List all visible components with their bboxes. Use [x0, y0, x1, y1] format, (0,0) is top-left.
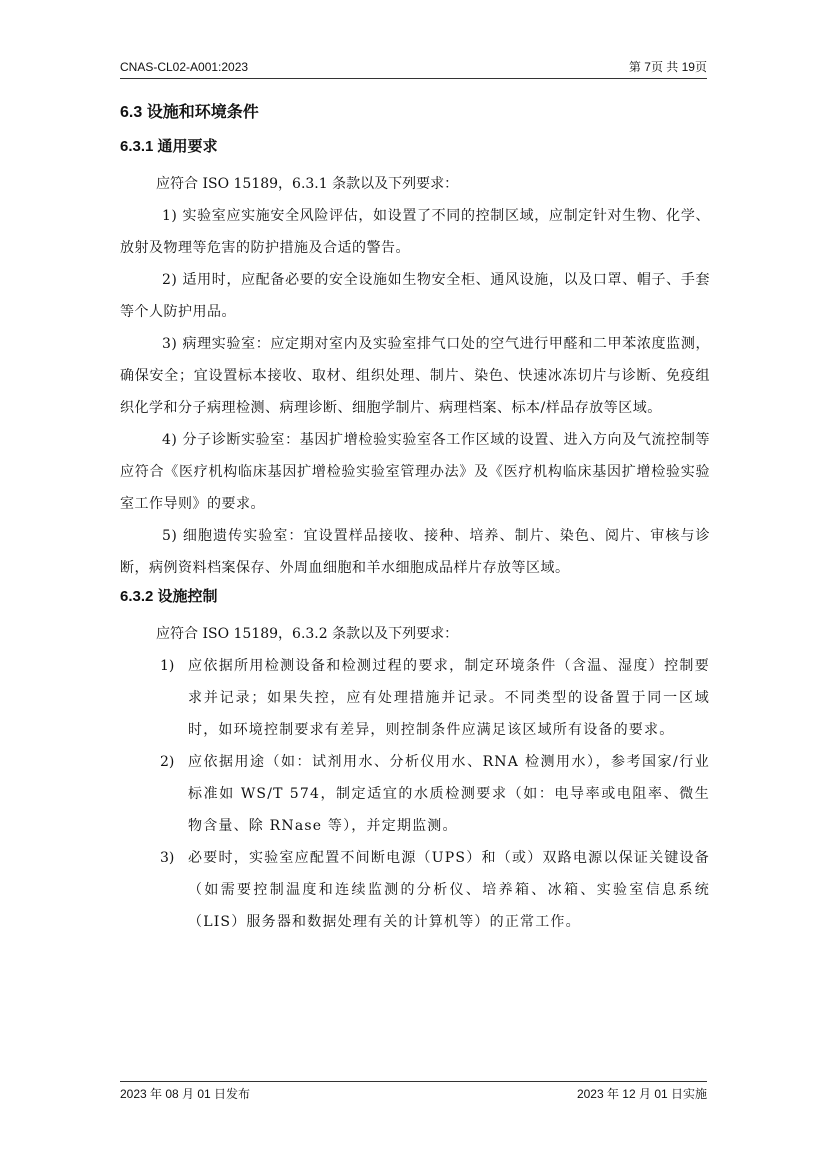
page-current: 7 — [644, 60, 651, 74]
list-item-number: 3) — [160, 842, 174, 874]
section-heading: 6.3 设施和环境条件 — [120, 102, 710, 136]
requirement-item: 4) 分子诊断实验室：基因扩增检验实验室各工作区域的设置、进入方向及气流控制等应… — [120, 424, 710, 520]
requirement-item: 2) 适用时，应配备必要的安全设施如生物安全柜、通风设施，以及口罩、帽子、手套等… — [120, 264, 710, 328]
list-item-text: 应依据所用检测设备和检测过程的要求，制定环境条件（含温、湿度）控制要求并记录；如… — [188, 650, 710, 746]
list-item-number: 2) — [160, 746, 174, 778]
subsection-intro: 应符合 ISO 15189，6.3.1 条款以及下列要求： — [120, 168, 710, 200]
requirement-item: 5) 细胞遗传实验室：宜设置样品接收、接种、培养、制片、染色、阅片、审核与诊断，… — [120, 520, 710, 584]
subsection-general-requirements: 6.3.1 通用要求 应符合 ISO 15189，6.3.1 条款以及下列要求：… — [120, 136, 710, 584]
subsection-heading: 6.3.1 通用要求 — [120, 136, 710, 168]
page-suffix: 页 — [695, 60, 707, 74]
page-mid: 页 共 — [651, 60, 678, 74]
requirement-item: 1) 实验室应实施安全风险评估，如设置了不同的控制区域，应制定针对生物、化学、放… — [120, 200, 710, 264]
list-item: 3) 必要时，实验室应配置不间断电源（UPS）和（或）双路电源以保证关键设备（如… — [120, 842, 710, 938]
page-number: 第 7页 共 19页 — [629, 58, 707, 76]
subsection-facility-control: 6.3.2 设施控制 应符合 ISO 15189，6.3.2 条款以及下列要求：… — [120, 586, 710, 938]
page-header: CNAS-CL02-A001:2023 第 7页 共 19页 — [120, 58, 707, 79]
page-prefix: 第 — [629, 60, 641, 74]
list-item-number: 1) — [160, 650, 174, 682]
effective-date: 2023 年 12 月 01 日实施 — [577, 1083, 707, 1105]
requirement-item: 3) 病理实验室：应定期对室内及实验室排气口处的空气进行甲醛和二甲苯浓度监测，确… — [120, 328, 710, 424]
list-item-text: 应依据用途（如：试剂用水、分析仪用水、RNA 检测用水），参考国家/行业标准如 … — [188, 746, 710, 842]
document-code: CNAS-CL02-A001:2023 — [120, 58, 248, 76]
document-body: 6.3 设施和环境条件 6.3.1 通用要求 应符合 ISO 15189，6.3… — [120, 102, 710, 938]
page-footer: 2023 年 08 月 01 日发布 2023 年 12 月 01 日实施 — [120, 1081, 707, 1082]
list-item-text: 必要时，实验室应配置不间断电源（UPS）和（或）双路电源以保证关键设备（如需要控… — [188, 842, 710, 938]
issue-date: 2023 年 08 月 01 日发布 — [120, 1083, 250, 1105]
subsection-heading: 6.3.2 设施控制 — [120, 586, 710, 618]
numbered-requirements-list: 1) 应依据所用检测设备和检测过程的要求，制定环境条件（含温、湿度）控制要求并记… — [120, 650, 710, 938]
list-item: 1) 应依据所用检测设备和检测过程的要求，制定环境条件（含温、湿度）控制要求并记… — [120, 650, 710, 746]
page-total: 19 — [682, 60, 695, 74]
subsection-intro: 应符合 ISO 15189，6.3.2 条款以及下列要求： — [120, 618, 710, 650]
list-item: 2) 应依据用途（如：试剂用水、分析仪用水、RNA 检测用水），参考国家/行业标… — [120, 746, 710, 842]
